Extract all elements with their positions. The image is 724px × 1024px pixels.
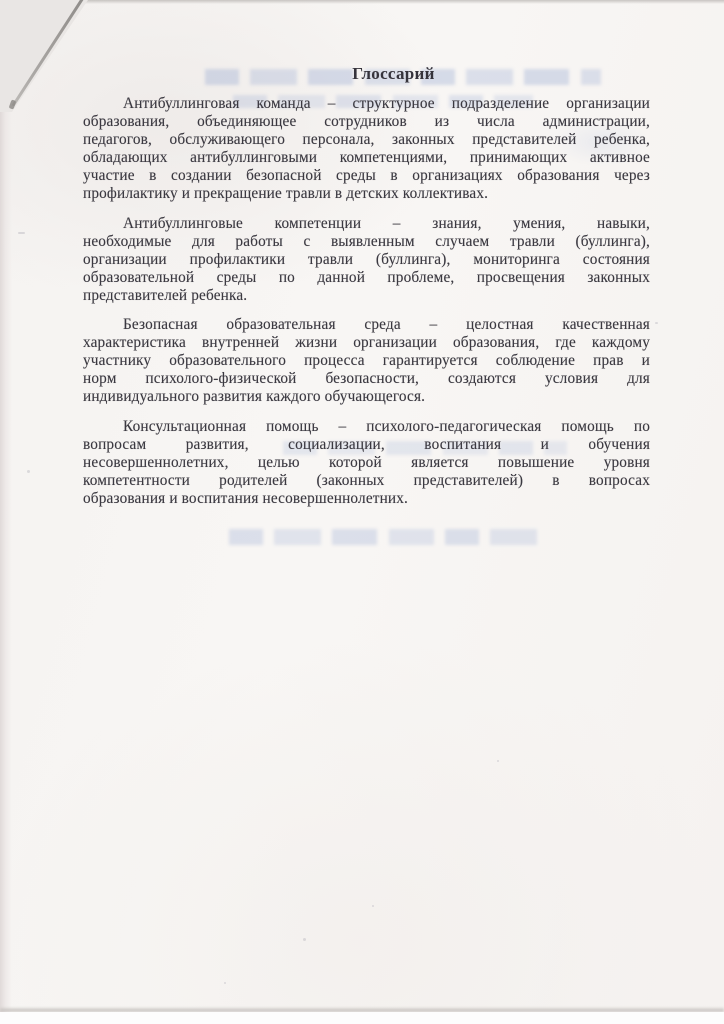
text-line: образования и воспитания несовершеннолет…	[83, 490, 650, 508]
paragraph: Безопасная образовательная среда – целос…	[83, 316, 650, 406]
scan-speckle	[224, 982, 226, 984]
text-line: образования, объединяющее сотрудников из…	[83, 113, 650, 131]
text-line: компетентности родителей (законных предс…	[83, 472, 650, 490]
scan-speckle	[655, 322, 658, 324]
text-line: вопросам развития, социализации, воспита…	[83, 436, 650, 454]
scan-speckle	[497, 760, 499, 762]
document-body: Глоссарий Антибуллинговая команда – стру…	[83, 64, 650, 519]
page-title: Глоссарий	[110, 64, 677, 84]
text-line: несовершеннолетних, целью которой являет…	[83, 454, 650, 472]
text-line: необходимые для работы с выявленным случ…	[83, 233, 650, 251]
scan-left-edge	[0, 0, 12, 1024]
text-line: Консультационная помощь – психолого-педа…	[83, 418, 650, 436]
text-line: обладающих антибуллинговыми компетенциям…	[83, 149, 650, 167]
text-line: профилактику и прекращение травли в детс…	[83, 185, 650, 203]
paragraphs: Антибуллинговая команда – структурное по…	[83, 95, 650, 508]
scan-speckle	[303, 938, 306, 941]
scan-top-edge	[0, 0, 724, 4]
text-line: Безопасная образовательная среда – целос…	[83, 316, 650, 334]
paragraph: Консультационная помощь – психолого-педа…	[83, 418, 650, 508]
text-line: норм психолого-физической безопасности, …	[83, 370, 650, 388]
text-line: образовательной среды по данной проблеме…	[83, 269, 650, 287]
text-line: Антибуллинговая команда – структурное по…	[83, 95, 650, 113]
scan-speckle	[27, 470, 30, 473]
paragraph: Антибуллинговые компетенции – знания, ум…	[83, 215, 650, 305]
scan-speckle	[18, 232, 25, 234]
text-line: педагогов, обслуживающего персонала, зак…	[83, 131, 650, 149]
paragraph: Антибуллинговая команда – структурное по…	[83, 95, 650, 204]
text-line: Антибуллинговые компетенции – знания, ум…	[83, 215, 650, 233]
text-line: представителей ребенка.	[83, 287, 650, 305]
text-line: участие в создании безопасной среды в ор…	[83, 167, 650, 185]
text-line: характеристика внутренней жизни организа…	[83, 334, 650, 352]
scan-bottom-margin	[0, 1012, 724, 1024]
text-line: организации профилактики травли (буллинг…	[83, 251, 650, 269]
ink-bleed-artifact	[229, 529, 543, 545]
text-line: участнику образовательного процесса гара…	[83, 352, 650, 370]
scan-speckle	[372, 905, 374, 907]
text-line: индивидуального развития каждого обучающ…	[83, 388, 650, 406]
